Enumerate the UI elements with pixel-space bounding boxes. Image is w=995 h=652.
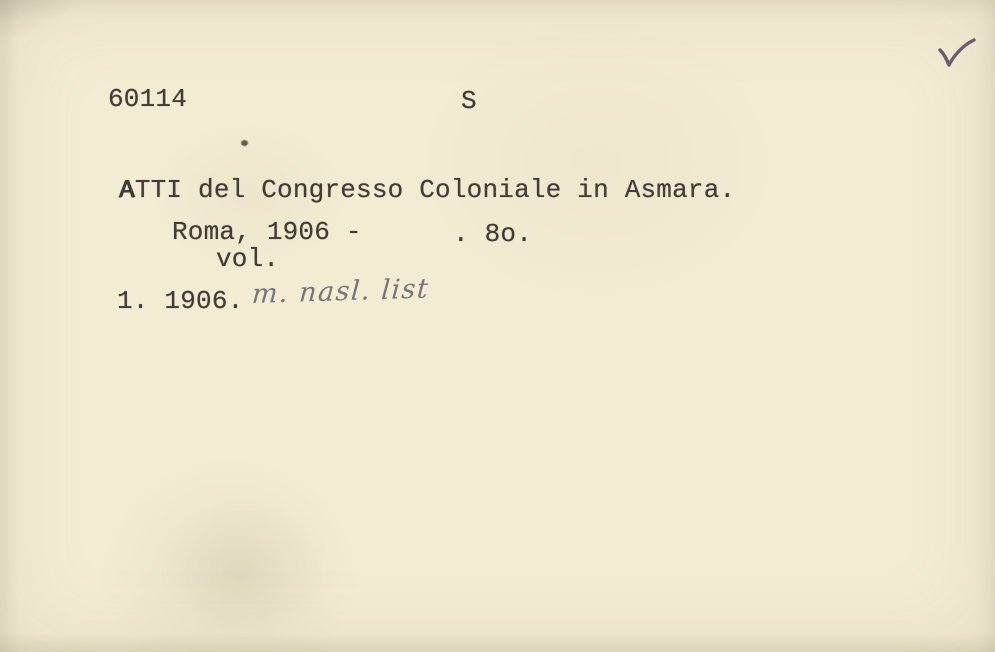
format-designation: . 8o.: [453, 221, 532, 247]
ink-dot-mark: [241, 140, 248, 146]
title-line: ATTI del Congresso Coloniale in Asmara.: [119, 177, 735, 203]
section-letter: S: [461, 88, 477, 114]
handwritten-note: m. nasl. list: [251, 275, 430, 308]
checkmark-icon: [936, 37, 978, 75]
imprint-line: Roma, 1906 -: [172, 219, 362, 245]
catalog-number: 60114: [108, 86, 187, 112]
paper-smudge: [160, 500, 330, 640]
catalog-card: 60114 S ATTI del Congresso Coloniale in …: [0, 0, 995, 652]
volume-label: vol.: [216, 246, 279, 272]
holdings-line: 1. 1906.: [117, 288, 243, 314]
